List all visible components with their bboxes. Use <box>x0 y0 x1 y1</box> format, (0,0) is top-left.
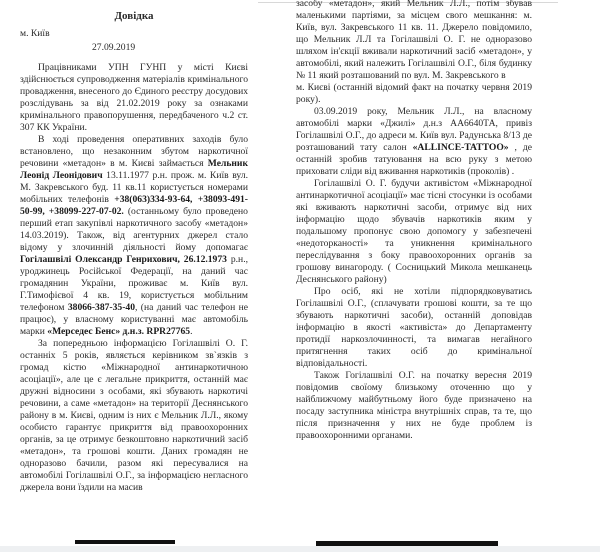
document-page-left: Довідка м. Київ 27.09.2019 Працівниками … <box>20 10 248 494</box>
paragraph-activist: Гогілашвілі О. Г. будучи активістом «Між… <box>296 178 532 286</box>
paragraph-continued-b: м. Києві (останній відомий факт на почат… <box>296 82 532 106</box>
car-info: «Мерседес Бенс» д.н.з. RPR27765 <box>47 326 190 337</box>
paragraph-continued: засобу «метадон», який Мельник Л.Л., пот… <box>296 0 532 82</box>
suspect-name-2: Гогілашвілі Олександр Генрихович, 26.12.… <box>20 254 227 265</box>
document-date: 27.09.2019 <box>92 42 248 54</box>
paragraph-tattoo: 03.09.2019 року, Мельник Л.Л., на власно… <box>296 106 532 178</box>
paragraph-investigation: В ході проведення оперативних заходів бу… <box>20 134 248 338</box>
tattoo-salon-name: «ALLINCE-TATTOO» <box>413 142 509 153</box>
bottom-edge <box>0 546 600 552</box>
paragraph-preliminary-info: За попередньою інформацією Гогілашвілі О… <box>20 338 248 494</box>
document-page-right: засобу «метадон», який Мельник Л.Л., пот… <box>296 0 532 442</box>
text: . <box>190 326 192 337</box>
document-title: Довідка <box>20 10 248 22</box>
document-city: м. Київ <box>20 28 248 40</box>
paragraph-intro: Працівниками УПН ГУНП у місті Києві здій… <box>20 62 248 134</box>
paragraph-reports: Про осіб, які не хотіли підпорядковувати… <box>296 286 532 370</box>
redaction-underline <box>75 540 175 544</box>
paragraph-appointment: Також Гогілашвілі О.Г. на початку вересн… <box>296 370 532 442</box>
phone-number-2: 38066-387-35-40 <box>68 302 135 313</box>
